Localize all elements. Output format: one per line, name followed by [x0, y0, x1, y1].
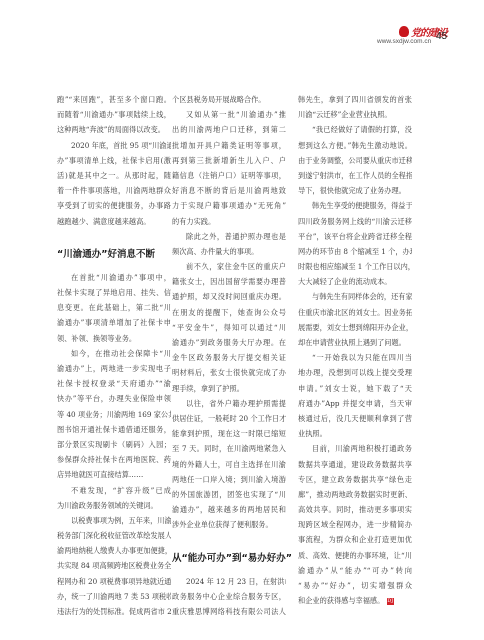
- text-line: 渝通办”事项清单增加了社保卡申: [57, 315, 171, 330]
- text-line: 平台”，该平台将企业跨省迁移全程: [298, 229, 412, 244]
- text-line: 川渝“云迁移”企业营业执照。: [298, 107, 412, 122]
- text-line: 出的川渝两地户口迁移，到第二: [172, 122, 286, 137]
- text-line: 在首批“川渝通办”事项中，: [57, 270, 171, 285]
- text-line: 违法行为的处罚标准。促成两省市 29: [57, 604, 171, 619]
- text-line: 高效共享。同时，推动更多事项实: [298, 502, 412, 517]
- text-line: 息变更。在此基础上，第二批“川: [57, 300, 171, 315]
- text-line: 活)就是其中之一。从那时起，随: [57, 168, 171, 183]
- section-heading: 从“能办可办”到“易办好办”: [172, 548, 286, 570]
- text-line: 共实现 84 项高频跨地区税费业务全: [57, 558, 171, 573]
- text-line: 部分景区实现刷卡（刷码）入园；: [57, 437, 171, 452]
- text-line: 这种两地“奔波”的局面得以改变。: [57, 122, 171, 137]
- text-line: 能拿到护照，现在这一时限已缩短: [172, 426, 286, 441]
- logo-url: www.sxdjw.com.cn: [377, 38, 431, 45]
- text-line: “一开始我以为只能在四川当: [298, 350, 412, 365]
- text-line: 2020 年底，首批 95 项“川渝通: [57, 138, 171, 153]
- text-line: 目前，川渝两地积极打通政务: [298, 441, 412, 456]
- article-column-3: 韩先生，拿到了四川省颁发的首张 川渝“云迁移”企业营业执照。 “我已经做好了请假…: [298, 92, 412, 608]
- text-line: 频次高、办件量大的事项。: [172, 244, 286, 259]
- text-line: 大大减轻了企业的流动成本。: [298, 274, 412, 289]
- text-line: 供居住证，一般耗时 20 个工作日才: [172, 411, 286, 426]
- text-line: 再到第三批新增新生儿入户、户: [172, 153, 286, 168]
- text-line: 办”事项清单上线，社保卡启用(激: [57, 153, 171, 168]
- text-line: 越跑越少、满意度越来越高。: [57, 214, 171, 229]
- text-line: 时限也相应缩减至 1 个工作日以内，: [298, 259, 412, 274]
- text-line: 程网办和 20 项税费事项异地就近通: [57, 574, 171, 589]
- text-line: 渝通办”从“能办”“可办”转向: [298, 563, 412, 578]
- text-line: 好消息不断的背后是川渝两地致: [172, 183, 286, 198]
- text-line: 以税费事项为例，五年来，川渝: [57, 513, 171, 528]
- text-line: 廊”，推动两地政务数据实时更新、: [298, 487, 412, 502]
- text-line-final-content: 和企业的获得感与幸福感。: [298, 596, 384, 605]
- text-line: 跑”“来回跑”，甚至多个窗口跑。: [57, 92, 171, 107]
- text-line: 渝通办”到政务服务大厅办理。在: [172, 335, 286, 350]
- text-line: “我已经做好了请假的打算，没: [298, 122, 412, 137]
- text-line: 社保卡授权登录“天府通办”“渝: [57, 376, 171, 391]
- text-line: 核通过后，没几天便顺利拿到了营: [298, 411, 412, 426]
- text-line: 申请。”刘女士说，她下载了“天: [298, 381, 412, 396]
- article-column-1: 跑”“来回跑”，甚至多个窗口跑。 而随着“川渝通办”事项陆续上线， 这种两地“奔…: [57, 92, 171, 619]
- text-line: 着一件件事项落地，川渝两地群众: [57, 183, 171, 198]
- text-line: 数据共享通道，建设政务数据共享: [298, 457, 412, 472]
- text-line: 税务部门深化税收征管改革绘发展人，川: [57, 528, 171, 543]
- article-column-2: 个区县税务局开展战略合作。 又如从第一批“川渝通办”推 出的川渝两地户口迁移，到…: [172, 92, 286, 619]
- text-line: 网办的环节由 8 个缩减至 1 个，办理: [298, 244, 412, 259]
- text-line: 韩先生享受的便捷服务，得益于: [298, 198, 412, 213]
- text-line: 明材料后，张女士很快就完成了办: [172, 365, 286, 380]
- text-line: 除此之外，普通护照办理也是: [172, 229, 286, 244]
- text-line: 社保卡实现了异地启用、挂失、信: [57, 285, 171, 300]
- party-emblem-icon: [399, 26, 409, 37]
- text-line: 又如从第一批“川渝通办”推: [172, 107, 286, 122]
- text-line: 通护照，却又没时间回重庆办理。: [172, 289, 286, 304]
- text-line: 力于实现户籍事项通办“无死角”: [172, 198, 286, 213]
- article-end-mark-icon: DJ: [387, 598, 394, 605]
- page-header: 党的建设 www.sxdjw.com.cn 45: [0, 0, 484, 55]
- page-number: 45: [436, 31, 447, 42]
- text-line: 渝通办”，越来越多的两地居民和: [172, 502, 286, 517]
- text-line: 批增加开具户籍类证明等事项，: [172, 138, 286, 153]
- text-line: 理手续，拿到了护照。: [172, 381, 286, 396]
- text-line: 办，统一了川渝两地 7 类 53 项税收: [57, 589, 171, 604]
- text-line: 的外国旅游团，团签也实现了“川: [172, 487, 286, 502]
- text-line: 现跨区域全程网办，进一步精简办: [298, 517, 412, 532]
- text-line: 导下，很快他就完成了业务办理。: [298, 183, 412, 198]
- text-line: 由于业务调整，公司要从重庆市迁移: [298, 153, 412, 168]
- text-line: 专区，建立政务数据共享“绿色走: [298, 472, 412, 487]
- text-line: 四川政务服务网上线的“川渝云迁移: [298, 214, 412, 229]
- text-line: 金牛区政务服务大厅提交相关证: [172, 350, 286, 365]
- text-line: 为川渝政务服务领域的关键词。: [57, 498, 171, 513]
- text-line: 住重庆市渝北区的刘女士。因业务拓: [298, 305, 412, 320]
- text-line: 政务服务中心企业综合服务专区，: [172, 589, 286, 604]
- text-line: “易办”“好办”，切实增强群众: [298, 578, 412, 593]
- text-line: 而随着“川渝通办”事项陆续上线，: [57, 107, 171, 122]
- text-line: 至 7 天。同时，在川渝两地紧急入: [172, 441, 286, 456]
- text-line: 参保群众持社保卡在两地医院、药: [57, 452, 171, 467]
- text-line: 店异地就医可直接结算……: [57, 467, 171, 482]
- text-line: 业执照。: [298, 426, 412, 441]
- spacer: [57, 229, 171, 244]
- text-line: 籍张女士，因出国留学需要办理普: [172, 274, 286, 289]
- text-line: 快办”等平台，办理失业保险申领: [57, 391, 171, 406]
- text-line: 涉外企业单位获得了便利服务。: [172, 517, 286, 532]
- text-line: 领、补领、换领等业务。: [57, 331, 171, 346]
- text-line: 事流程，为群众和企业打造更加优: [298, 532, 412, 547]
- text-line: 却在申请营业执照上遇到了问题。: [298, 335, 412, 350]
- text-line-final: 和企业的获得感与幸福感。DJ: [298, 593, 412, 608]
- text-line: 两地任一口岸入境；到川渝入境游: [172, 472, 286, 487]
- text-line: 渝两地纳税人缴费人办事更加便捷，: [57, 543, 171, 558]
- text-line: 等 40 项业务；川渝两地 169 家公共: [57, 407, 171, 422]
- text-line: 想到这么方便。”韩先生激动地说。: [298, 138, 412, 153]
- text-line: 图书馆开通社保卡通借通还服务，: [57, 422, 171, 437]
- text-line: 到遂宁射洪市，在工作人员的全程指: [298, 168, 412, 183]
- text-line: 前不久，家住金牛区的重庆户: [172, 259, 286, 274]
- text-line: 质、高效、便捷的办事环境，让“川: [298, 548, 412, 563]
- text-line: 境的外籍人士，可自主选择在川渝: [172, 457, 286, 472]
- text-line: 如今，在推动社会保障卡“川: [57, 346, 171, 361]
- text-line: “平安金牛”，得知可以通过“川: [172, 320, 286, 335]
- section-heading: “川渝通办”好消息不断: [57, 244, 171, 266]
- text-line: 在朋友的提醒下，她查询公众号: [172, 305, 286, 320]
- text-line: 籍信息（注销户口）证明等事项，: [172, 168, 286, 183]
- spacer: [172, 532, 286, 547]
- text-line: 不难发现，“扩容升级”已成: [57, 483, 171, 498]
- text-line: 地办理，没想到可以线上提交受理: [298, 365, 412, 380]
- text-line: 重庆雅思博网络科技有限公司法人: [172, 604, 286, 619]
- text-line: 展需要，刘女士想到绵阳开办企业，: [298, 320, 412, 335]
- text-line: 韩先生，拿到了四川省颁发的首张: [298, 92, 412, 107]
- text-line: 2024 年 12 月 23 日，在射洪市: [172, 574, 286, 589]
- text-line: 享受到了切实的便捷服务，办事路: [57, 198, 171, 213]
- text-line: 渝通办”上，两地进一步实现电子: [57, 361, 171, 376]
- text-line: 府通办”App 并提交申请，当天审: [298, 396, 412, 411]
- text-line: 与韩先生有同样体会的，还有家: [298, 289, 412, 304]
- text-line: 个区县税务局开展战略合作。: [172, 92, 286, 107]
- text-line: 以往，省外户籍办理护照需提: [172, 396, 286, 411]
- text-line: 的有力实践。: [172, 214, 286, 229]
